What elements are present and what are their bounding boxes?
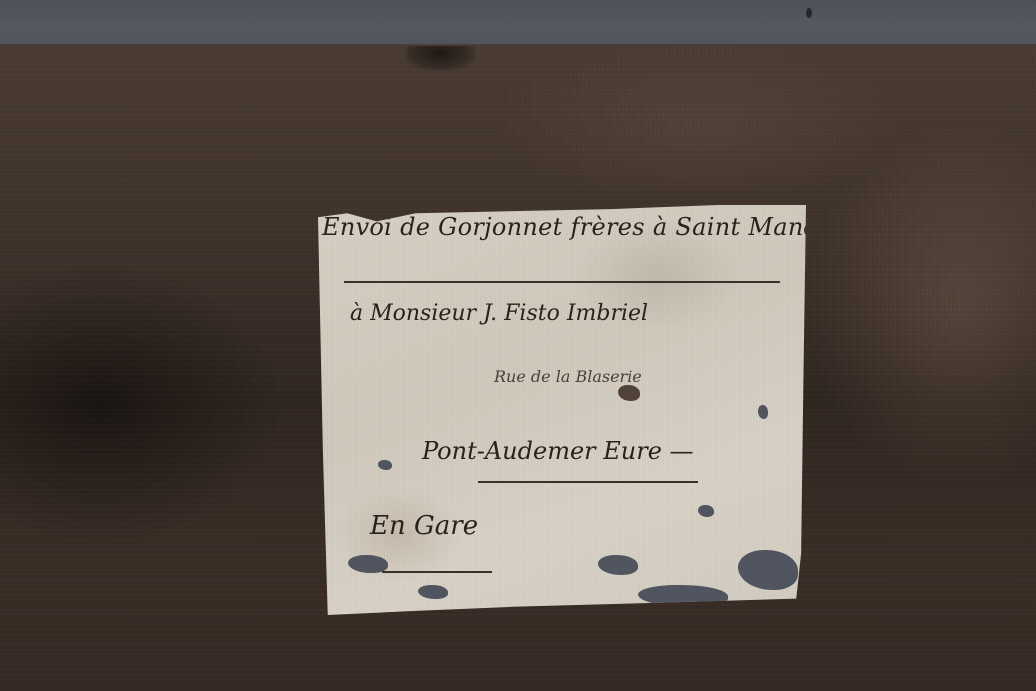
city-line: Pont-Audemer Eure —: [422, 437, 694, 465]
gray-top-strip: [0, 0, 1036, 46]
damage-spot: [378, 460, 392, 470]
shipping-label: Envoi de Gorjonnet frères à Saint Mandé …: [318, 205, 806, 615]
recipient-line: à Monsieur J. Fisto Imbriel: [350, 301, 648, 326]
delivery-underline: [382, 571, 492, 573]
delivery-line: En Gare: [370, 511, 478, 541]
divider-rule: [344, 281, 780, 283]
sender-line: Envoi de Gorjonnet frères à Saint Mandé: [322, 213, 834, 241]
photo-scene: Envoi de Gorjonnet frères à Saint Mandé …: [0, 0, 1036, 691]
damage-spot: [418, 585, 448, 599]
damage-spot: [698, 505, 714, 517]
wood-notch: [405, 46, 475, 70]
damage-spot: [738, 550, 798, 590]
damage-spot: [758, 405, 768, 419]
city-underline: [478, 481, 698, 483]
damage-spot: [618, 385, 640, 401]
nail-hole: [806, 8, 812, 18]
damage-spot: [598, 555, 638, 575]
street-line: Rue de la Blaserie: [494, 367, 642, 386]
